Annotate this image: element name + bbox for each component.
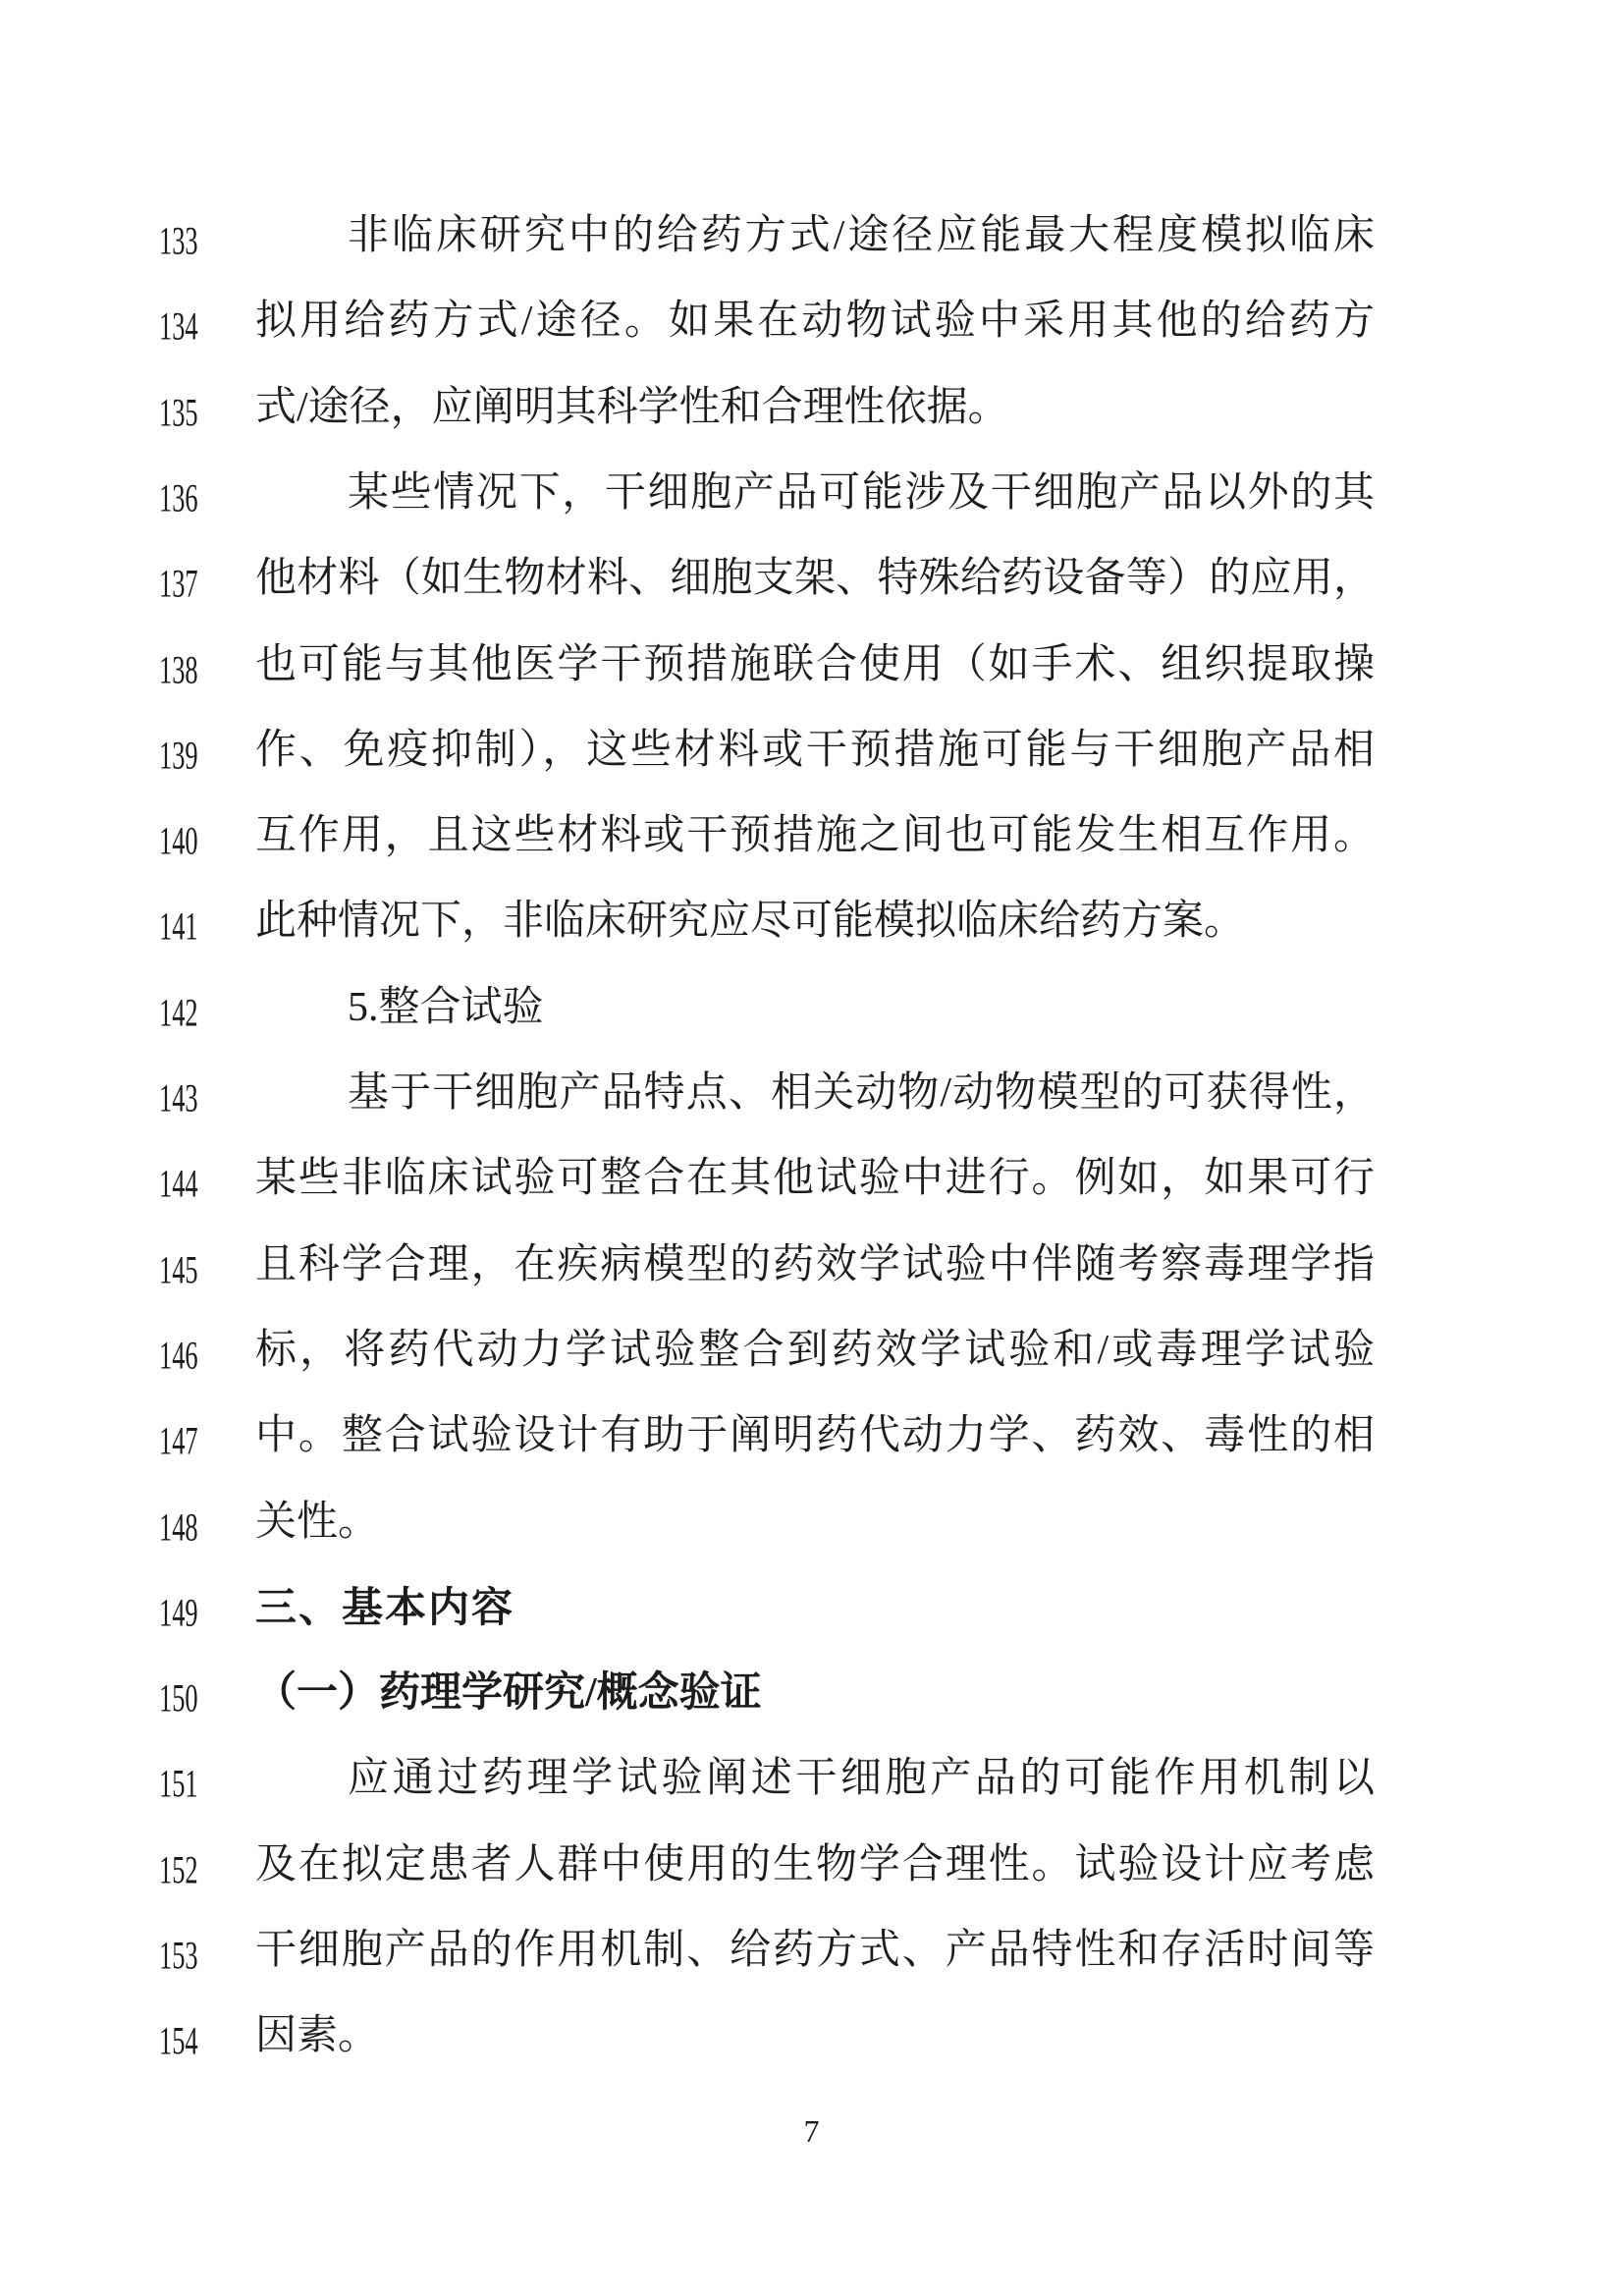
line-text: 应通过药理学试验阐述干细胞产品的可能作用机制以 <box>255 1735 1375 1822</box>
document-page: 133非临床研究中的给药方式/途径应能最大程度模拟临床134拟用给药方式/途径。… <box>0 0 1623 2296</box>
document-line: 150（一）药理学研究/概念验证 <box>0 1650 1623 1736</box>
line-number: 150 <box>159 1675 198 1722</box>
line-number: 137 <box>159 561 198 607</box>
line-text: 基于干细胞产品特点、相关动物/动物模型的可获得性， <box>255 1050 1375 1136</box>
line-number: 146 <box>159 1332 198 1378</box>
document-line: 135式/途径，应阐明其科学性和合理性依据。 <box>0 364 1623 451</box>
document-line: 138也可能与其他医学干预措施联合使用（如手术、组织提取操 <box>0 622 1623 708</box>
line-number: 139 <box>159 732 198 778</box>
document-line: 154因素。 <box>0 1993 1623 2079</box>
line-text: 作、免疫抑制），这些材料或干预措施可能与干细胞产品相 <box>255 707 1375 793</box>
line-text: 他材料（如生物材料、细胞支架、特殊给药设备等）的应用， <box>255 535 1375 622</box>
line-text: 也可能与其他医学干预措施联合使用（如手术、组织提取操 <box>255 622 1375 708</box>
line-text: 中。整合试验设计有助于阐明药代动力学、药效、毒性的相 <box>255 1393 1375 1479</box>
section-heading: 三、基本内容 <box>255 1564 1375 1651</box>
document-line: 1425.整合试验 <box>0 964 1623 1051</box>
document-line: 139作、免疫抑制），这些材料或干预措施可能与干细胞产品相 <box>0 707 1623 793</box>
document-line: 147中。整合试验设计有助于阐明药代动力学、药效、毒性的相 <box>0 1393 1623 1479</box>
line-text: 某些非临床试验可整合在其他试验中进行。例如，如果可行 <box>255 1135 1375 1222</box>
line-text: 非临床研究中的给药方式/途径应能最大程度模拟临床 <box>255 192 1375 279</box>
line-number: 145 <box>159 1246 198 1292</box>
document-line: 134拟用给药方式/途径。如果在动物试验中采用其他的给药方 <box>0 278 1623 364</box>
document-line: 149三、基本内容 <box>0 1564 1623 1651</box>
document-line: 146标，将药代动力学试验整合到药效学试验和/或毒理学试验 <box>0 1307 1623 1394</box>
line-text: 及在拟定患者人群中使用的生物学合理性。试验设计应考虑 <box>255 1822 1375 1908</box>
line-number: 152 <box>159 1846 198 1892</box>
line-number: 149 <box>159 1589 198 1635</box>
line-number: 153 <box>159 1933 198 1979</box>
line-number: 154 <box>159 2018 198 2064</box>
document-line: 140互作用，且这些材料或干预措施之间也可能发生相互作用。 <box>0 793 1623 879</box>
line-number: 133 <box>159 218 198 264</box>
document-line: 144某些非临床试验可整合在其他试验中进行。例如，如果可行 <box>0 1135 1623 1222</box>
line-text: 因素。 <box>255 1993 1375 2079</box>
line-number: 135 <box>159 389 198 435</box>
line-number: 141 <box>159 903 198 950</box>
document-line: 141此种情况下，非临床研究应尽可能模拟临床给药方案。 <box>0 878 1623 964</box>
line-text: 某些情况下，干细胞产品可能涉及干细胞产品以外的其 <box>255 450 1375 536</box>
line-number: 142 <box>159 989 198 1035</box>
line-number: 144 <box>159 1161 198 1207</box>
document-line: 143基于干细胞产品特点、相关动物/动物模型的可获得性， <box>0 1050 1623 1136</box>
line-text: 干细胞产品的作用机制、给药方式、产品特性和存活时间等 <box>255 1907 1375 1994</box>
page-number: 7 <box>0 2113 1623 2162</box>
line-number: 151 <box>159 1761 198 1807</box>
line-number: 136 <box>159 474 198 520</box>
line-text: 标，将药代动力学试验整合到药效学试验和/或毒理学试验 <box>255 1307 1375 1394</box>
line-number: 148 <box>159 1503 198 1550</box>
document-line: 145且科学合理，在疾病模型的药效学试验中伴随考察毒理学指 <box>0 1222 1623 1308</box>
line-text: 互作用，且这些材料或干预措施之间也可能发生相互作用。 <box>255 793 1375 879</box>
document-line: 152及在拟定患者人群中使用的生物学合理性。试验设计应考虑 <box>0 1822 1623 1908</box>
line-number: 140 <box>159 818 198 864</box>
document-line: 133非临床研究中的给药方式/途径应能最大程度模拟临床 <box>0 192 1623 279</box>
document-line: 148关性。 <box>0 1479 1623 1565</box>
line-text: 此种情况下，非临床研究应尽可能模拟临床给药方案。 <box>255 878 1375 964</box>
line-text: 式/途径，应阐明其科学性和合理性依据。 <box>255 364 1375 451</box>
line-number: 147 <box>159 1418 198 1464</box>
document-line: 153干细胞产品的作用机制、给药方式、产品特性和存活时间等 <box>0 1907 1623 1994</box>
line-text: 拟用给药方式/途径。如果在动物试验中采用其他的给药方 <box>255 278 1375 364</box>
document-line: 151应通过药理学试验阐述干细胞产品的可能作用机制以 <box>0 1735 1623 1822</box>
section-heading: （一）药理学研究/概念验证 <box>255 1650 1375 1736</box>
document-line: 137他材料（如生物材料、细胞支架、特殊给药设备等）的应用， <box>0 535 1623 622</box>
line-number: 134 <box>159 303 198 350</box>
line-text: 关性。 <box>255 1479 1375 1565</box>
document-line: 136某些情况下，干细胞产品可能涉及干细胞产品以外的其 <box>0 450 1623 536</box>
line-number: 138 <box>159 646 198 692</box>
line-text: 且科学合理，在疾病模型的药效学试验中伴随考察毒理学指 <box>255 1222 1375 1308</box>
line-text: 5.整合试验 <box>255 964 1375 1051</box>
line-number: 143 <box>159 1075 198 1121</box>
